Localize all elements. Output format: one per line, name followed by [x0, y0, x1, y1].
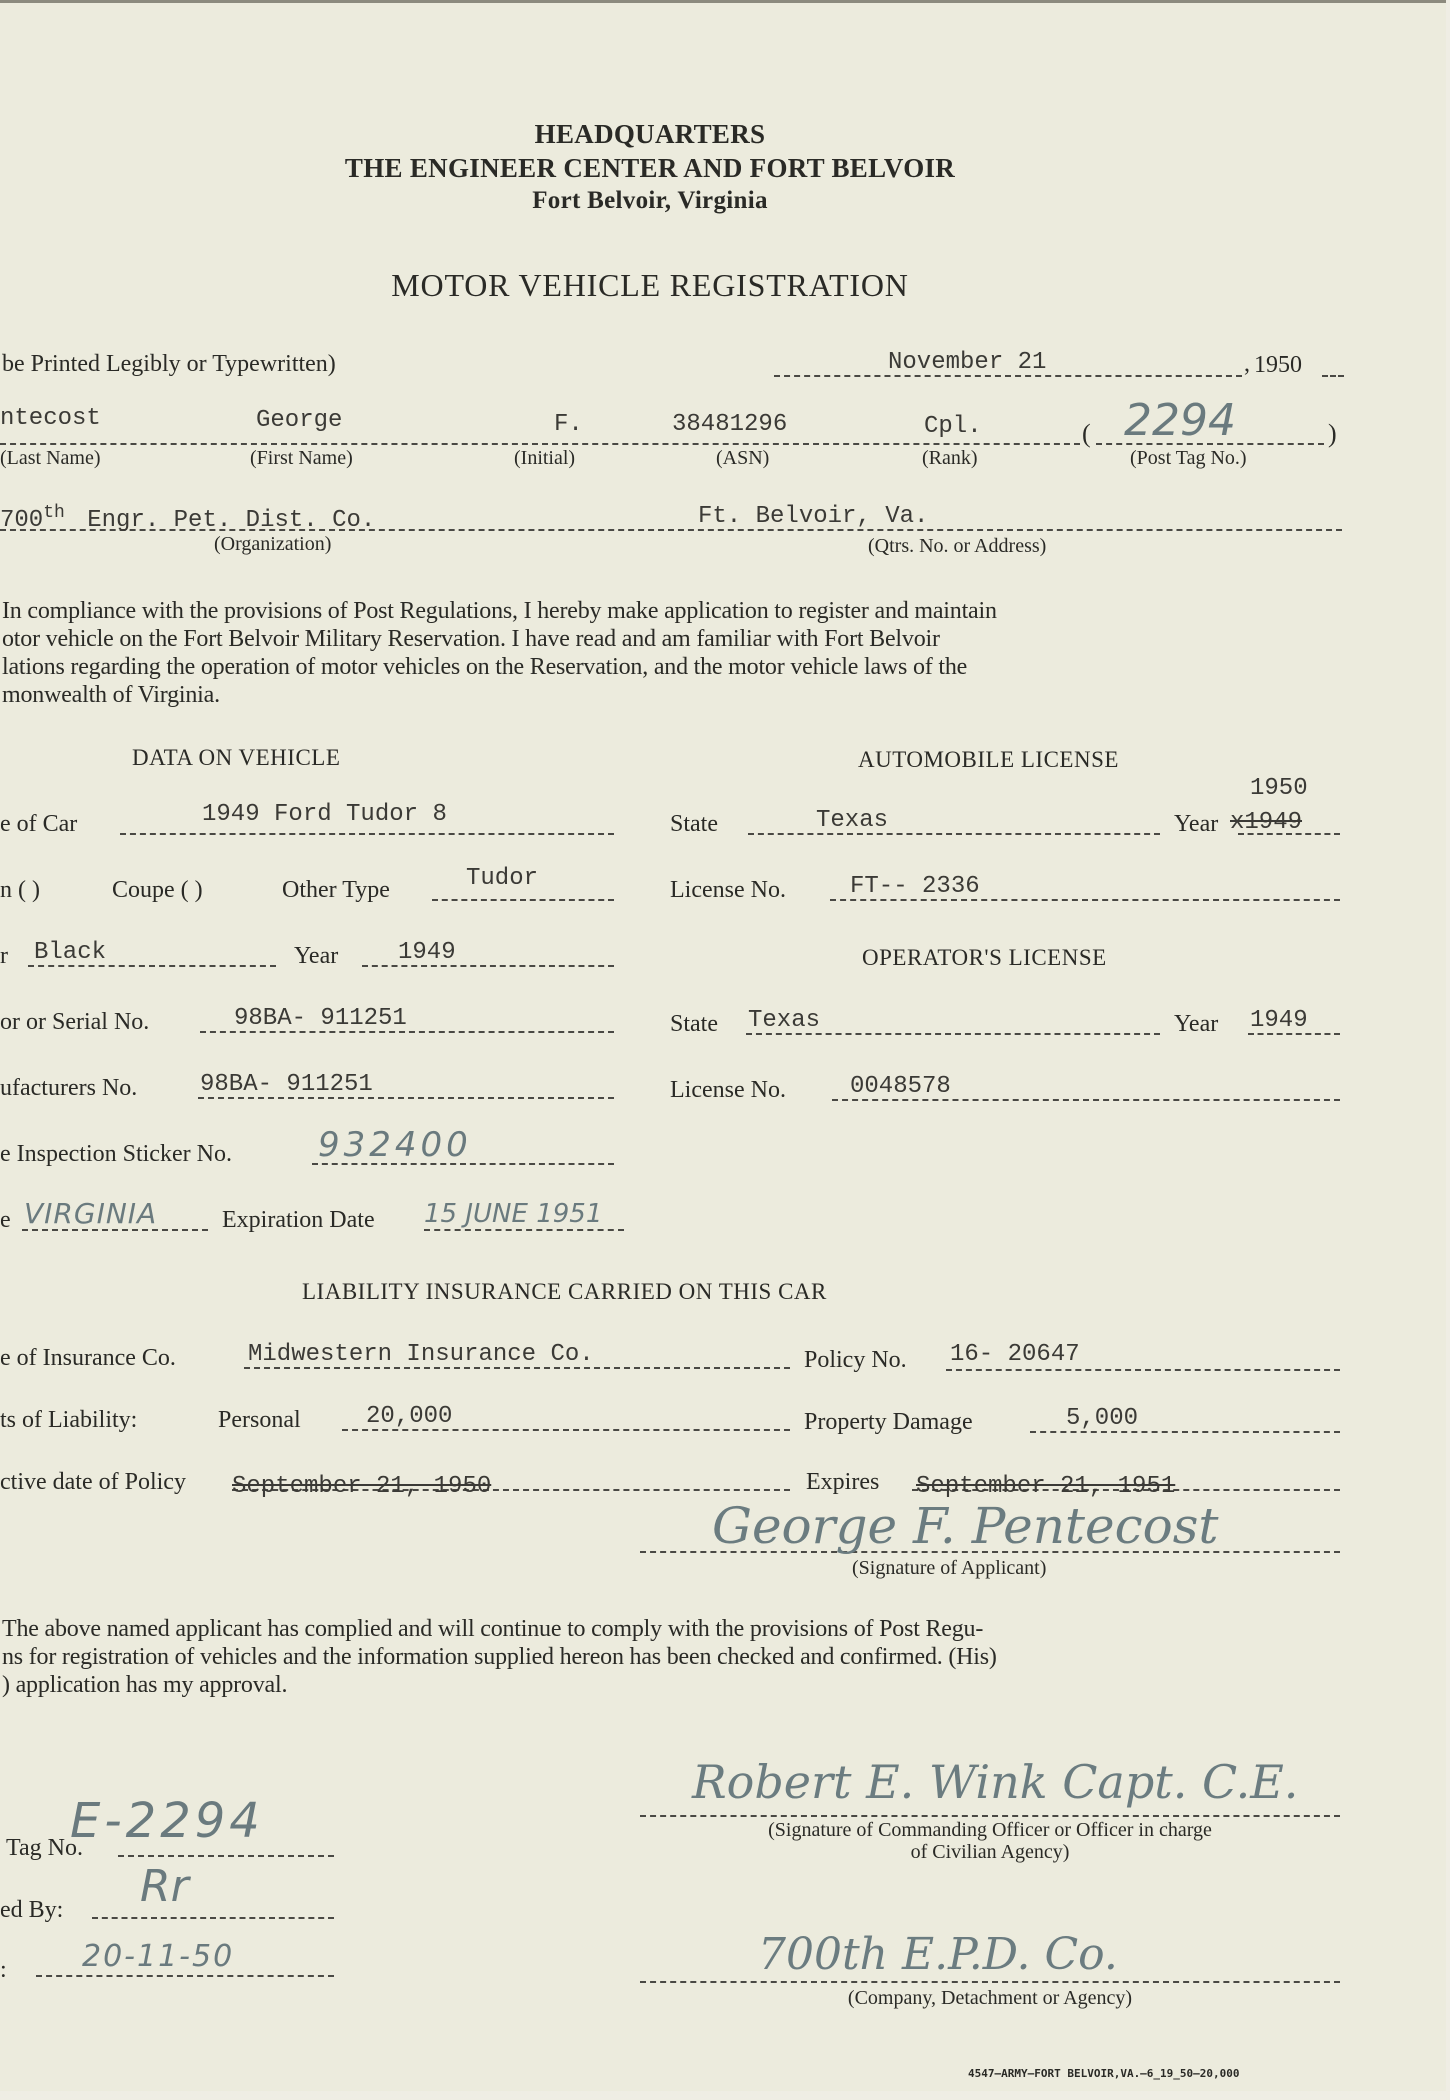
post-tag-paren-close: ) — [1328, 419, 1337, 449]
last-name-field[interactable]: ntecost — [0, 405, 101, 432]
company-signature-line — [640, 1981, 1340, 1983]
personal-liability-field[interactable]: 20,000 — [366, 1403, 452, 1430]
asn-field[interactable]: 38481296 — [672, 411, 787, 438]
property-damage-field[interactable]: 5,000 — [1066, 1405, 1138, 1432]
organization-ordinal: th — [43, 503, 65, 523]
operator-license-number-field[interactable]: 0048578 — [850, 1073, 951, 1100]
approval-line-2: ns for registration of vehicles and the … — [2, 1643, 997, 1671]
organization-name: Engr. Pet. Dist. Co. — [87, 507, 375, 534]
operator-license-year-label: Year — [1174, 1011, 1218, 1038]
name-line — [0, 443, 1080, 445]
date-year-trail — [1322, 375, 1344, 377]
applicant-signature[interactable]: George F. Pentecost — [712, 1497, 1218, 1555]
inspection-state-field[interactable]: VIRGINIA — [24, 1197, 157, 1230]
compliance-paragraph: In compliance with the provisions of Pos… — [2, 597, 997, 709]
company-signature[interactable]: 700th E.P.D. Co. — [758, 1929, 1118, 1980]
serial-label: or or Serial No. — [0, 1009, 149, 1036]
issue-date-line — [36, 1975, 334, 1977]
serial-field[interactable]: 98BA- 911251 — [234, 1005, 407, 1032]
inspection-state-label: e — [0, 1207, 11, 1234]
header-line-3: Fort Belvoir, Virginia — [0, 187, 1300, 215]
initial-field[interactable]: F. — [554, 411, 583, 438]
property-damage-label: Property Damage — [804, 1409, 973, 1436]
officer-signature-line — [640, 1815, 1340, 1817]
auto-license-section-heading: AUTOMOBILE LICENSE — [858, 747, 1119, 773]
personal-liability-label: Personal — [218, 1407, 301, 1434]
instructions-text: be Printed Legibly or Typewritten) — [2, 351, 336, 378]
sedan-checkbox-label[interactable]: n ( ) — [0, 877, 40, 904]
issued-by-line — [92, 1917, 334, 1919]
color-label: r — [0, 943, 8, 970]
auto-license-state-line — [748, 833, 1160, 835]
organization-field[interactable]: 700th Engr. Pet. Dist. Co. — [0, 503, 375, 534]
compliance-line-1: In compliance with the provisions of Pos… — [2, 597, 997, 625]
manufacturers-label: ufacturers No. — [0, 1075, 137, 1102]
liability-limits-label: ts of Liability: — [0, 1407, 137, 1434]
approval-paragraph: The above named applicant has complied a… — [2, 1615, 997, 1699]
address-field[interactable]: Ft. Belvoir, Va. — [698, 503, 928, 530]
officer-signature[interactable]: Robert E. Wink Capt. C.E. — [692, 1755, 1298, 1809]
organization-number: 700 — [0, 507, 43, 534]
compliance-line-3: lations regarding the operation of motor… — [2, 653, 997, 681]
expiration-date-field[interactable]: 15 JUNE 1951 — [424, 1199, 602, 1229]
compliance-line-4: monwealth of Virginia. — [2, 681, 997, 709]
first-name-field[interactable]: George — [256, 407, 342, 434]
header-line-1: HEADQUARTERS — [0, 119, 1300, 150]
color-field[interactable]: Black — [34, 939, 106, 966]
operator-license-number-label: License No. — [670, 1077, 786, 1104]
tag-number-field[interactable]: E-2294 — [70, 1793, 264, 1849]
issued-by-field[interactable]: Rr — [140, 1861, 189, 1912]
operator-license-state-field[interactable]: Texas — [748, 1007, 820, 1034]
first-name-caption: (First Name) — [250, 447, 353, 470]
date-month-day-field[interactable]: November 21 — [888, 349, 1046, 376]
auto-license-state-field[interactable]: Texas — [816, 807, 888, 834]
effective-date-label: ctive date of Policy — [0, 1469, 186, 1496]
other-type-label: Other Type — [282, 877, 390, 904]
officer-signature-caption-1: (Signature of Commanding Officer or Offi… — [640, 1819, 1340, 1842]
document-page: HEADQUARTERS THE ENGINEER CENTER AND FOR… — [0, 0, 1446, 2091]
coupe-checkbox-label[interactable]: Coupe ( ) — [112, 877, 203, 904]
expiration-date-label: Expiration Date — [222, 1207, 375, 1234]
policy-number-label: Policy No. — [804, 1347, 907, 1374]
date-comma: , — [1244, 351, 1250, 378]
header-line-2: THE ENGINEER CENTER AND FORT BELVOIR — [0, 153, 1300, 184]
date-year: 1950 — [1254, 352, 1302, 379]
organization-caption: (Organization) — [214, 533, 331, 556]
operator-license-year-field[interactable]: 1949 — [1250, 1007, 1308, 1034]
tag-number-line — [118, 1855, 334, 1857]
make-label: e of Car — [0, 811, 77, 838]
rank-caption: (Rank) — [922, 447, 978, 470]
issued-by-label: ed By: — [0, 1897, 63, 1924]
make-field[interactable]: 1949 Ford Tudor 8 — [202, 801, 447, 828]
initial-caption: (Initial) — [514, 447, 575, 470]
post-tag-paren-open: ( — [1082, 419, 1091, 449]
applicant-signature-caption: (Signature of Applicant) — [852, 1557, 1046, 1580]
insurance-section-heading: LIABILITY INSURANCE CARRIED ON THIS CAR — [302, 1279, 827, 1305]
issue-date-field[interactable]: 20-11-50 — [82, 1939, 234, 1974]
vehicle-year-field[interactable]: 1949 — [398, 939, 456, 966]
form-title: MOTOR VEHICLE REGISTRATION — [0, 267, 1300, 304]
vehicle-section-heading: DATA ON VEHICLE — [132, 745, 340, 771]
auto-license-state-label: State — [670, 811, 718, 838]
operator-license-section-heading: OPERATOR'S LICENSE — [862, 945, 1107, 971]
expires-label: Expires — [806, 1469, 879, 1496]
issue-date-label: : — [0, 1957, 7, 1984]
auto-license-number-label: License No. — [670, 877, 786, 904]
officer-signature-caption-2: of Civilian Agency) — [640, 1841, 1340, 1864]
asn-caption: (ASN) — [716, 447, 769, 470]
approval-line-3: ) application has my approval. — [2, 1671, 997, 1699]
last-name-caption: (Last Name) — [0, 447, 101, 470]
effective-date-field[interactable]: September 21, 1950 — [232, 1473, 491, 1500]
company-signature-caption: (Company, Detachment or Agency) — [640, 1987, 1340, 2010]
inspection-sticker-label: e Inspection Sticker No. — [0, 1141, 232, 1168]
inspection-sticker-field[interactable]: 932400 — [318, 1125, 472, 1165]
auto-license-year-struck[interactable]: x1949 — [1230, 809, 1302, 836]
post-tag-caption: (Post Tag No.) — [1130, 447, 1247, 470]
compliance-line-2: otor vehicle on the Fort Belvoir Militar… — [2, 625, 997, 653]
post-tag-field[interactable]: 2294 — [1124, 395, 1236, 446]
policy-number-line — [946, 1369, 1340, 1371]
auto-license-year-label: Year — [1174, 811, 1218, 838]
auto-license-year-corrected: 1950 — [1250, 775, 1308, 802]
insurance-company-field[interactable]: Midwestern Insurance Co. — [248, 1341, 594, 1368]
policy-number-field[interactable]: 16- 20647 — [950, 1341, 1080, 1368]
other-type-line — [432, 899, 614, 901]
form-code: 4547—ARMY—FORT BELVOIR,VA.—6_19_50—20,00… — [968, 2067, 1240, 2080]
manufacturers-field[interactable]: 98BA- 911251 — [200, 1071, 373, 1098]
other-type-field[interactable]: Tudor — [466, 865, 538, 892]
expiration-date-line — [424, 1229, 624, 1231]
insurance-company-label: e of Insurance Co. — [0, 1345, 176, 1372]
expires-field[interactable]: September 21, 1951 — [916, 1473, 1175, 1500]
address-caption: (Qtrs. No. or Address) — [868, 535, 1046, 558]
rank-field[interactable]: Cpl. — [924, 413, 982, 440]
approval-line-1: The above named applicant has complied a… — [2, 1615, 997, 1643]
auto-license-number-field[interactable]: FT-- 2336 — [850, 873, 980, 900]
operator-license-state-label: State — [670, 1011, 718, 1038]
make-line — [120, 833, 614, 835]
vehicle-year-label: Year — [294, 943, 338, 970]
